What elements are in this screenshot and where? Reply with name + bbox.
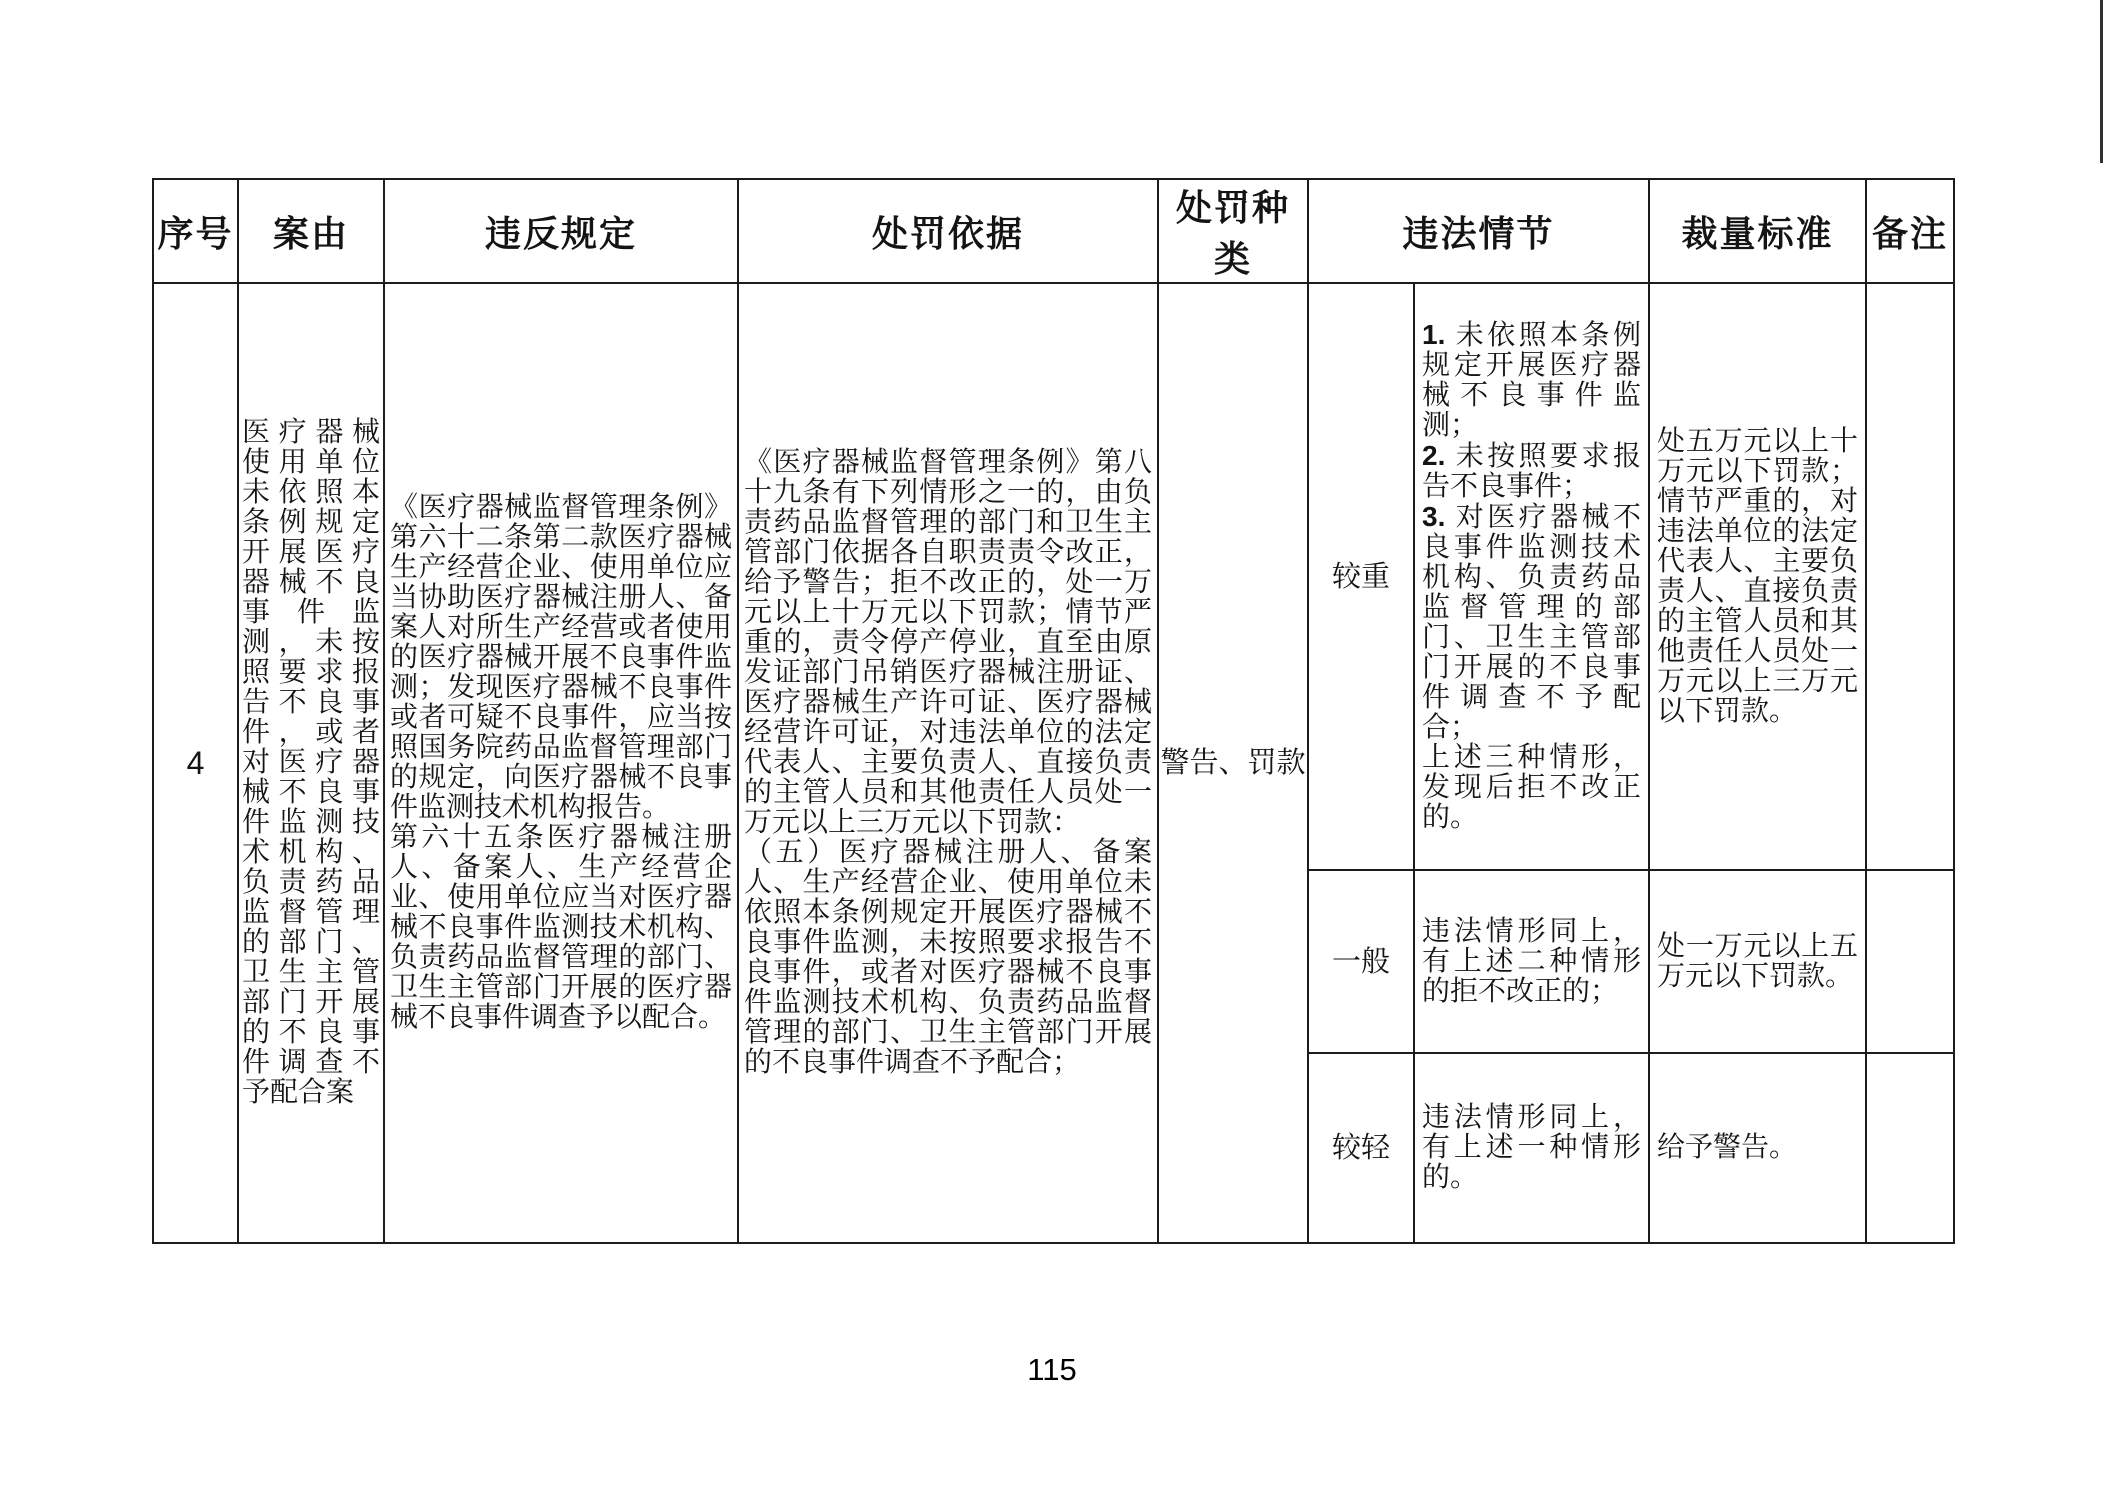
document-page: 序号 案由 违反规定 处罚依据 处罚种类 违法情节 裁量标准 备注 4 医疗器械… — [0, 0, 2104, 1488]
severe-item-1-text: 未依照本条例规定开展医疗器械不良事件监测； — [1422, 320, 1641, 441]
cell-remark-minor — [1866, 1053, 1954, 1243]
violation-paragraph-2: 第六十五条医疗器械注册人、备案人、生产经营企业、使用单位应当对医疗器械不良事件监… — [390, 823, 732, 1033]
standard-general-text: 处一万元以上五万元以下罚款。 — [1650, 932, 1865, 992]
col-header-standard: 裁量标准 — [1649, 179, 1866, 283]
basis-paragraph-1: 《医疗器械监督管理条例》第八十九条有下列情形之一的，由负责药品监督管理的部门和卫… — [744, 448, 1152, 838]
cell-standard-minor: 给予警告。 — [1649, 1053, 1866, 1243]
col-header-remark: 备注 — [1866, 179, 1954, 283]
scan-edge-line — [2100, 0, 2103, 163]
basis-paragraph-2: （五）医疗器械注册人、备案人、生产经营企业、使用单位未依照本条例规定开展医疗器械… — [744, 838, 1152, 1078]
violation-paragraph-1: 《医疗器械监督管理条例》第六十二条第二款医疗器械生产经营企业、使用单位应当协助医… — [390, 493, 732, 823]
standard-severe-text: 处五万元以上十万元以下罚款；情节严重的，对违法单位的法定代表人、主要负责人、直接… — [1650, 427, 1865, 727]
cell-penalty-type: 警告、罚款 — [1158, 283, 1308, 1243]
standard-minor-text: 给予警告。 — [1650, 1133, 1865, 1163]
cell-seq: 4 — [153, 283, 238, 1243]
cell-desc-severe: 1.未依照本条例规定开展医疗器械不良事件监测； 2.未按照要求报告不良事件； 3… — [1414, 283, 1649, 870]
table-row-severe: 4 医疗器械使用单位未依照本条例规定开展医疗器械不良事件监测，未按照要求报告不良… — [153, 283, 1954, 870]
header-row: 序号 案由 违反规定 处罚依据 处罚种类 违法情节 裁量标准 备注 — [153, 179, 1954, 283]
cell-standard-severe: 处五万元以上十万元以下罚款；情节严重的，对违法单位的法定代表人、主要负责人、直接… — [1649, 283, 1866, 870]
severe-item-2: 2.未按照要求报告不良事件； — [1422, 441, 1641, 502]
severe-item-3-number: 3. — [1422, 501, 1445, 532]
severe-item-2-number: 2. — [1422, 440, 1445, 471]
col-header-circumstance: 违法情节 — [1308, 179, 1649, 283]
penalty-table: 序号 案由 违反规定 处罚依据 处罚种类 违法情节 裁量标准 备注 4 医疗器械… — [152, 178, 1955, 1244]
severe-tail: 上述三种情形，发现后拒不改正的。 — [1422, 743, 1641, 833]
col-header-violation: 违反规定 — [384, 179, 738, 283]
cell-level-minor: 较轻 — [1308, 1053, 1414, 1243]
desc-general-text: 违法情形同上，有上述二种情形的拒不改正的； — [1415, 917, 1648, 1007]
severe-item-3-text: 对医疗器械不良事件监测技术机构、负责药品监督管理的部门、卫生主管部门开展的不良事… — [1422, 502, 1641, 743]
cell-violation: 《医疗器械监督管理条例》第六十二条第二款医疗器械生产经营企业、使用单位应当协助医… — [384, 283, 738, 1243]
cell-remark-severe — [1866, 283, 1954, 870]
col-header-seq: 序号 — [153, 179, 238, 283]
cell-level-severe: 较重 — [1308, 283, 1414, 870]
severe-item-1: 1.未依照本条例规定开展医疗器械不良事件监测； — [1422, 320, 1641, 441]
severe-item-2-text: 未按照要求报告不良事件； — [1422, 441, 1641, 502]
desc-minor-text: 违法情形同上，有上述一种情形的。 — [1415, 1103, 1648, 1193]
col-header-basis: 处罚依据 — [738, 179, 1158, 283]
cell-desc-minor: 违法情形同上，有上述一种情形的。 — [1414, 1053, 1649, 1243]
cell-remark-general — [1866, 870, 1954, 1053]
page-number: 115 — [0, 1352, 2104, 1388]
cell-standard-general: 处一万元以上五万元以下罚款。 — [1649, 870, 1866, 1053]
case-text: 医疗器械使用单位未依照本条例规定开展医疗器械不良事件监测，未按照要求报告不良事件… — [239, 418, 383, 1108]
cell-level-general: 一般 — [1308, 870, 1414, 1053]
cell-desc-general: 违法情形同上，有上述二种情形的拒不改正的； — [1414, 870, 1649, 1053]
severe-item-1-number: 1. — [1422, 319, 1445, 350]
cell-basis: 《医疗器械监督管理条例》第八十九条有下列情形之一的，由负责药品监督管理的部门和卫… — [738, 283, 1158, 1243]
cell-case: 医疗器械使用单位未依照本条例规定开展医疗器械不良事件监测，未按照要求报告不良事件… — [238, 283, 384, 1243]
col-header-penalty-type: 处罚种类 — [1158, 179, 1308, 283]
col-header-case: 案由 — [238, 179, 384, 283]
severe-item-3: 3.对医疗器械不良事件监测技术机构、负责药品监督管理的部门、卫生主管部门开展的不… — [1422, 502, 1641, 743]
